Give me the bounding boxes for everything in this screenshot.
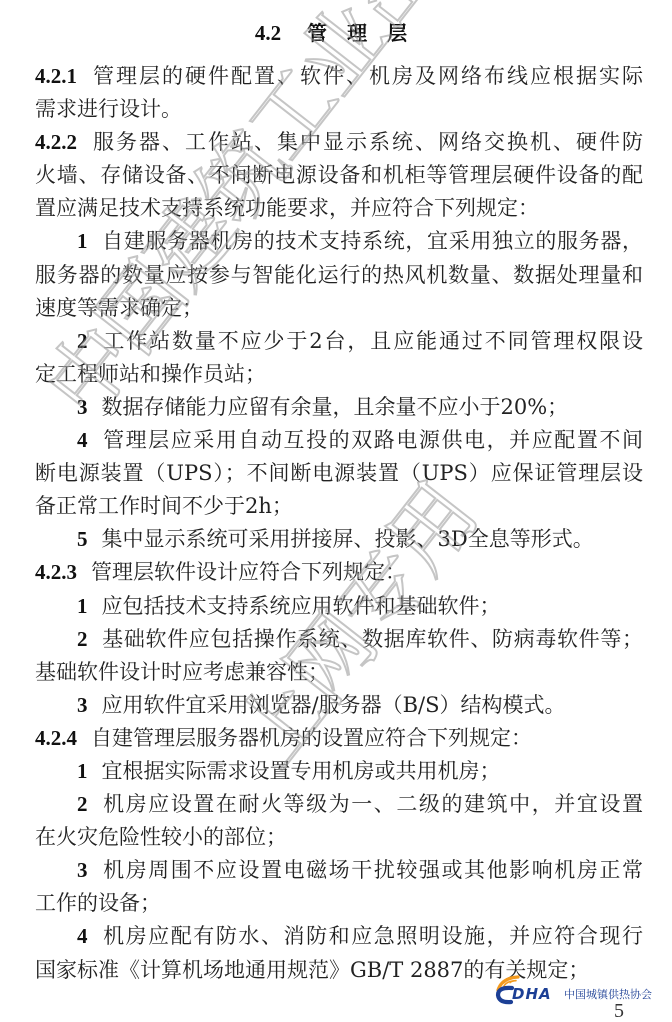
- item-line: 2机房应设置在耐火等级为一、二级的建筑中，并宜设置: [35, 788, 643, 821]
- item-line: 2基础软件应包括操作系统、数据库软件、防病毒软件等；: [35, 623, 643, 656]
- line-text: 自建服务器机房的技术支持系统，宜采用独立的服务器，: [102, 229, 644, 253]
- clause-number: 4.2.3: [35, 560, 77, 584]
- continuation-line: 服务器的数量应按参与智能化运行的热风机数量、数据处理量和: [35, 259, 643, 292]
- line-text: 断电源装置（UPS）；不间断电源装置（UPS）应保证管理层设: [35, 461, 643, 485]
- section-title-char: 管: [307, 18, 327, 48]
- item-number: 3: [77, 395, 88, 419]
- item-line: 1宜根据实际需求设置专用机房或共用机房；: [35, 755, 643, 788]
- line-text: 机房应配有防水、消防和应急照明设施，并应符合现行: [102, 924, 644, 948]
- item-number: 3: [77, 858, 88, 882]
- clause-number: 4.2.1: [35, 64, 77, 88]
- clause-number: 4.2.4: [35, 726, 77, 750]
- document-page: 4.2管理层 4.2.1管理层的硬件配置、软件、机房及网络布线应根据实际需求进行…: [0, 0, 672, 1022]
- line-text: 应包括技术支持系统应用软件和基础软件；: [102, 594, 501, 618]
- line-text: 机房周围不应设置电磁场干扰较强或其他影响机房正常: [102, 858, 644, 882]
- line-text: 需求进行设计。: [35, 97, 182, 121]
- section-title-char: 层: [387, 18, 407, 48]
- line-text: 机房应设置在耐火等级为一、二级的建筑中，并宜设置: [102, 792, 644, 816]
- item-line: 1应包括技术支持系统应用软件和基础软件；: [35, 590, 643, 623]
- line-text: 置应满足技术支持系统功能要求，并应符合下列规定：: [35, 196, 539, 220]
- line-text: 集中显示系统可采用拼接屏、投影、3D全息等形式。: [102, 527, 594, 551]
- line-text: 速度等需求确定；: [35, 296, 203, 320]
- line-text: 工作站数量不应少于2台，且应能通过不同管理权限设: [102, 329, 644, 353]
- item-number: 5: [77, 527, 88, 551]
- item-line: 2工作站数量不应少于2台，且应能通过不同管理权限设: [35, 325, 643, 358]
- item-line: 5集中显示系统可采用拼接屏、投影、3D全息等形式。: [35, 523, 643, 556]
- line-text: 在火灾危险性较小的部位；: [35, 825, 287, 849]
- continuation-line: 备正常工作时间不少于2h；: [35, 490, 643, 523]
- section-number: 4.2: [255, 21, 281, 45]
- line-text: 应用软件宜采用浏览器/服务器（B/S）结构模式。: [102, 693, 566, 717]
- continuation-line: 在火灾危险性较小的部位；: [35, 821, 643, 854]
- line-text: 管理层软件设计应符合下列规定：: [91, 560, 406, 584]
- line-text: 服务器的数量应按参与智能化运行的热风机数量、数据处理量和: [35, 263, 643, 287]
- item-number: 1: [77, 594, 88, 618]
- clause-line: 4.2.4自建管理层服务器机房的设置应符合下列规定：: [35, 722, 643, 755]
- line-text: 定工程师站和操作员站；: [35, 362, 266, 386]
- continuation-line: 基础软件设计时应考虑兼容性；: [35, 656, 643, 689]
- clause-number: 4.2.2: [35, 130, 77, 154]
- continuation-line: 定工程师站和操作员站；: [35, 358, 643, 391]
- line-text: 备正常工作时间不少于2h；: [35, 494, 293, 518]
- item-number: 3: [77, 693, 88, 717]
- item-line: 4管理层应采用自动互投的双路电源供电，并应配置不间: [35, 424, 643, 457]
- continuation-line: 置应满足技术支持系统功能要求，并应符合下列规定：: [35, 192, 643, 225]
- line-text: 管理层应采用自动互投的双路电源供电，并应配置不间: [102, 428, 644, 452]
- continuation-line: 火墙、存储设备、不间断电源设备和机柜等管理层硬件设备的配: [35, 159, 643, 192]
- line-text: 工作的设备；: [35, 891, 161, 915]
- item-line: 3数据存储能力应留有余量，且余量不应小于20%；: [35, 391, 643, 424]
- line-text: 宜根据实际需求设置专用机房或共用机房；: [102, 759, 501, 783]
- item-line: 3应用软件宜采用浏览器/服务器（B/S）结构模式。: [35, 689, 643, 722]
- line-text: 自建管理层服务器机房的设置应符合下列规定：: [91, 726, 532, 750]
- chdha-logo: DHA 中国城镇供热协会: [492, 974, 668, 1006]
- item-line: 4机房应配有防水、消防和应急照明设施，并应符合现行: [35, 920, 643, 953]
- logo-abbreviation: DHA: [512, 985, 552, 1003]
- item-number: 4: [77, 924, 88, 948]
- item-number: 1: [77, 759, 88, 783]
- line-text: 基础软件应包括操作系统、数据库软件、防病毒软件等；: [102, 627, 644, 651]
- section-title: 4.2管理层: [0, 18, 672, 48]
- line-text: 数据存储能力应留有余量，且余量不应小于20%；: [102, 395, 569, 419]
- clause-line: 4.2.2服务器、工作站、集中显示系统、网络交换机、硬件防: [35, 126, 643, 159]
- continuation-line: 断电源装置（UPS）；不间断电源装置（UPS）应保证管理层设: [35, 457, 643, 490]
- item-number: 4: [77, 428, 88, 452]
- item-line: 1自建服务器机房的技术支持系统，宜采用独立的服务器，: [35, 225, 643, 258]
- item-number: 2: [77, 329, 88, 353]
- continuation-line: 工作的设备；: [35, 887, 643, 920]
- item-number: 2: [77, 792, 88, 816]
- line-text: 基础软件设计时应考虑兼容性；: [35, 660, 329, 684]
- section-title-char: 理: [347, 18, 367, 48]
- logo-organization-name: 中国城镇供热协会: [564, 986, 652, 1002]
- item-number: 2: [77, 627, 88, 651]
- item-number: 1: [77, 229, 88, 253]
- clause-line: 4.2.1管理层的硬件配置、软件、机房及网络布线应根据实际: [35, 60, 643, 93]
- line-text: 服务器、工作站、集中显示系统、网络交换机、硬件防: [91, 130, 643, 154]
- line-text: 火墙、存储设备、不间断电源设备和机柜等管理层硬件设备的配: [35, 163, 643, 187]
- section-body: 4.2.1管理层的硬件配置、软件、机房及网络布线应根据实际需求进行设计。4.2.…: [35, 60, 643, 987]
- page-number: 5: [614, 1000, 624, 1022]
- clause-line: 4.2.3管理层软件设计应符合下列规定：: [35, 556, 643, 589]
- continuation-line: 需求进行设计。: [35, 93, 643, 126]
- item-line: 3机房周围不应设置电磁场干扰较强或其他影响机房正常: [35, 854, 643, 887]
- continuation-line: 速度等需求确定；: [35, 292, 643, 325]
- line-text: 管理层的硬件配置、软件、机房及网络布线应根据实际: [91, 64, 643, 88]
